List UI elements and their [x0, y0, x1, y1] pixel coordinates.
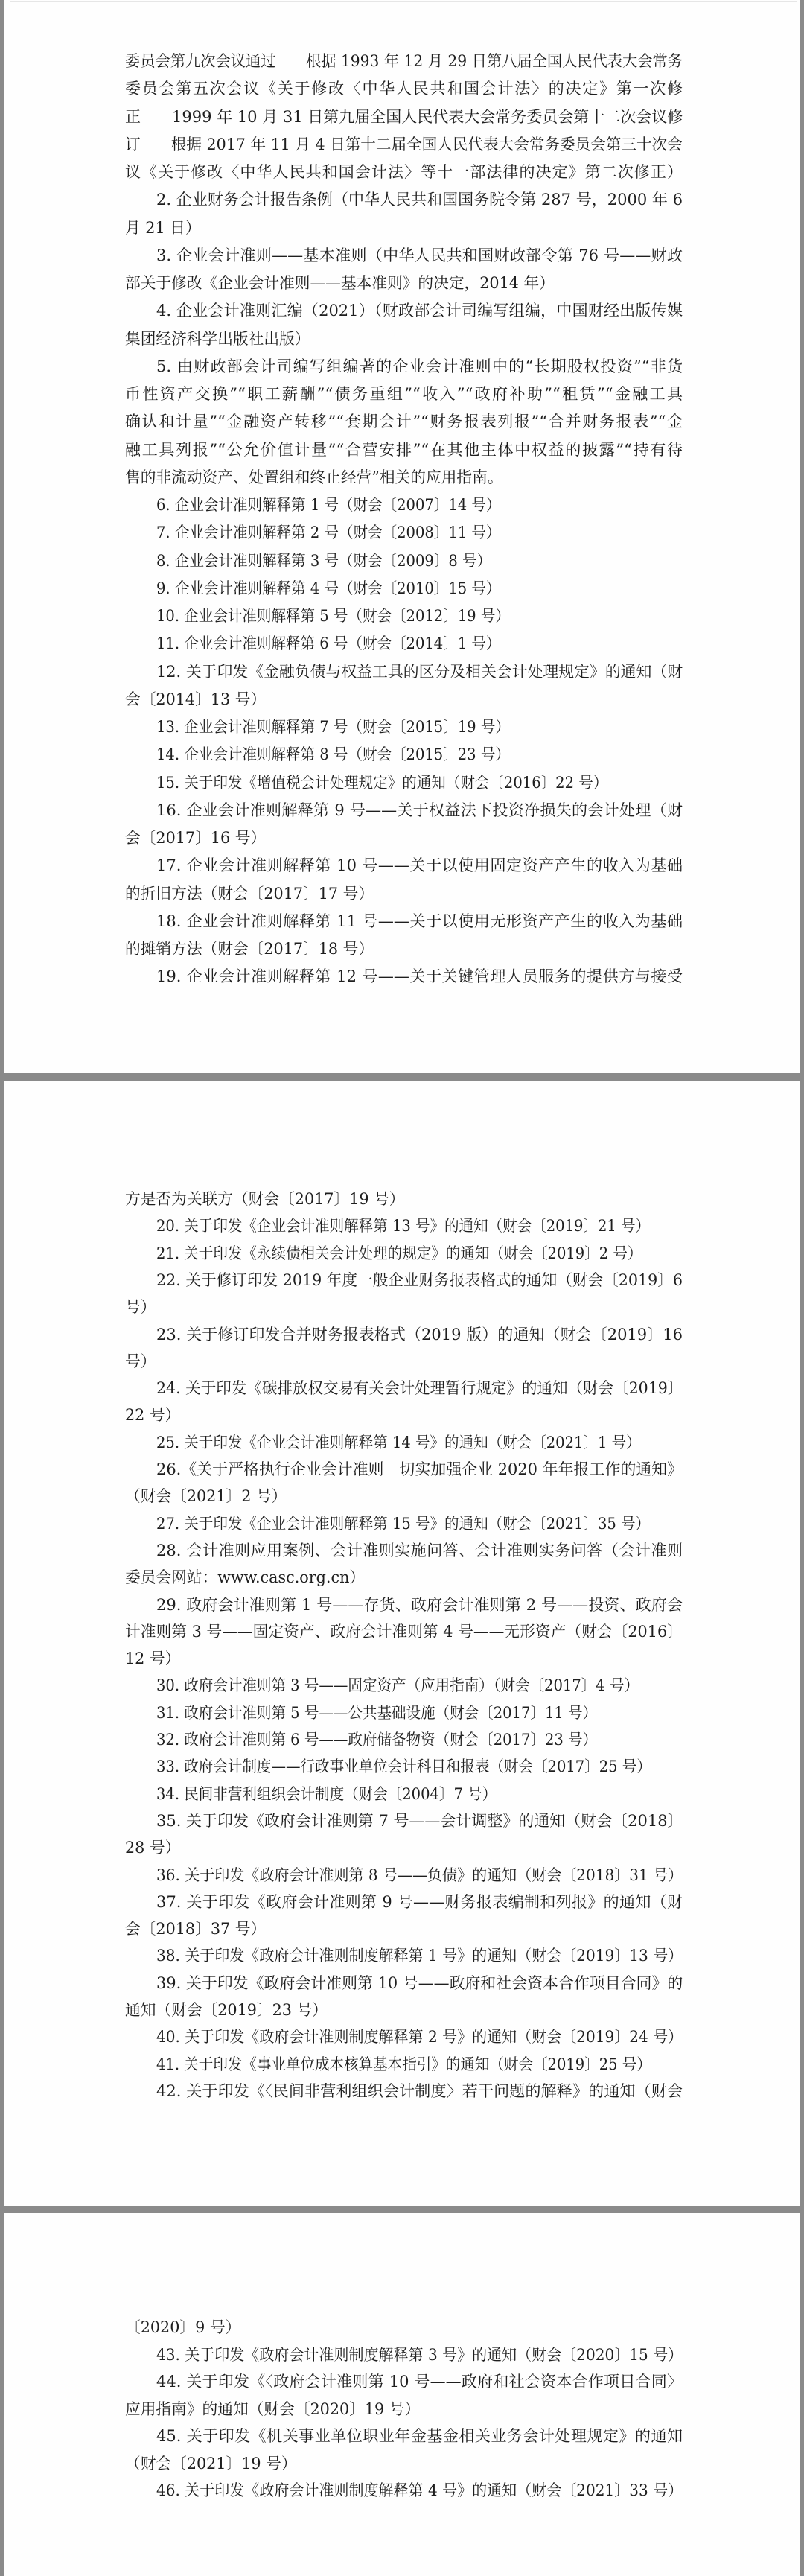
continuation-line: 号） [125, 1350, 683, 1373]
list-item-line: 22. 关于修订印发 2019 年度一般企业财务报表格式的通知（财会〔2019〕… [156, 1269, 683, 1291]
list-item-line: 35. 关于印发《政府会计准则第 7 号——会计调整》的通知（财会〔2018〕 [156, 1810, 683, 1832]
continuation-line: 号） [125, 1296, 683, 1318]
list-item-line: 14. 企业会计准则解释第 8 号（财会〔2015〕23 号） [156, 743, 683, 766]
list-item-line: 33. 政府会计制度——行政事业单位会计科目和报表（财会〔2017〕25 号） [156, 1755, 683, 1778]
continuation-line: （财会〔2021〕2 号） [125, 1485, 683, 1507]
continuation-line: 28 号） [125, 1836, 683, 1859]
list-item-line: 37. 关于印发《政府会计准则第 9 号——财务报表编制和列报》的通知（财 [156, 1891, 683, 1913]
continuation-line: 的摊销方法（财会〔2017〕18 号） [125, 938, 683, 960]
list-item-line: 11. 企业会计准则解释第 6 号（财会〔2014〕1 号） [156, 632, 683, 655]
list-item-line: 10. 企业会计准则解释第 5 号（财会〔2012〕19 号） [156, 605, 683, 627]
list-item-line: 32. 政府会计准则第 6 号——政府储备物资（财会〔2017〕23 号） [156, 1729, 683, 1751]
continuation-line: 委员会第九次会议通过 根据 1993 年 12 月 29 日第八届全国人民代表大… [125, 50, 683, 72]
list-item-line: 17. 企业会计准则解释第 10 号——关于以使用固定资产产生的收入为基础 [156, 854, 683, 877]
list-item-line: 27. 关于印发《企业会计准则解释第 15 号》的通知（财会〔2021〕35 号… [156, 1513, 683, 1535]
continuation-line: 通知（财会〔2019〕23 号） [125, 1999, 683, 2021]
list-item-line: 46. 关于印发《政府会计准则制度解释第 4 号》的通知（财会〔2021〕33 … [156, 2479, 683, 2502]
list-item-line: 24. 关于印发《碳排放权交易有关会计处理暂行规定》的通知（财会〔2019〕 [156, 1377, 683, 1399]
continuation-line: 会〔2014〕13 号） [125, 688, 683, 710]
list-item-line: 41. 关于印发《事业单位成本核算基本指引》的通知（财会〔2019〕25 号） [156, 2053, 683, 2076]
list-item-line: 9. 企业会计准则解释第 4 号（财会〔2010〕15 号） [156, 577, 683, 600]
continuation-line: 月 21 日） [125, 217, 683, 239]
list-item-line: 19. 企业会计准则解释第 12 号——关于关键管理人员服务的提供方与接受 [156, 965, 683, 988]
list-item-line: 39. 关于印发《政府会计准则第 10 号——政府和社会资本合作项目合同》的 [156, 1972, 683, 1994]
list-item-line: 45. 关于印发《机关事业单位职业年金基金相关业务会计处理规定》的通知 [156, 2425, 683, 2447]
list-item-line: 13. 企业会计准则解释第 7 号（财会〔2015〕19 号） [156, 716, 683, 738]
list-item-line: 12. 关于印发《金融负债与权益工具的区分及相关会计处理规定》的通知（财 [156, 661, 683, 683]
list-item-line: 38. 关于印发《政府会计准则制度解释第 1 号》的通知（财会〔2019〕13 … [156, 1944, 683, 1967]
list-item-line: 16. 企业会计准则解释第 9 号——关于权益法下投资净损失的会计处理（财 [156, 799, 683, 821]
continuation-line: 22 号） [125, 1404, 683, 1426]
list-item-line: 25. 关于印发《企业会计准则解释第 14 号》的通知（财会〔2021〕1 号） [156, 1431, 683, 1454]
list-item-line: 34. 民间非营利组织会计制度（财会〔2004〕7 号） [156, 1783, 683, 1805]
continuation-line: 12 号） [125, 1647, 683, 1670]
list-item-line: 23. 关于修订印发合并财务报表格式（2019 版）的通知（财会〔2019〕16 [156, 1323, 683, 1346]
list-item-line: 36. 关于印发《政府会计准则第 8 号——负债》的通知（财会〔2018〕31 … [156, 1864, 683, 1886]
continuation-line: 部关于修改《企业会计准则——基本准则》的决定，2014 年） [125, 272, 683, 294]
continuation-line: 订 根据 2017 年 11 月 4 日第十二届全国人民代表大会常务委员会第三十… [125, 133, 683, 156]
continuation-line: 会〔2018〕37 号） [125, 1918, 683, 1940]
list-item-line: 31. 政府会计准则第 5 号——公共基础设施（财会〔2017〕11 号） [156, 1702, 683, 1724]
list-item-line: 43. 关于印发《政府会计准则制度解释第 3 号》的通知（财会〔2020〕15 … [156, 2344, 683, 2366]
list-item-line: 44. 关于印发《〈政府会计准则第 10 号——政府和社会资本合作项目合同〉 [156, 2370, 683, 2393]
list-item-line: 26.《关于严格执行企业会计准则 切实加强企业 2020 年年报工作的通知》 [156, 1458, 683, 1481]
list-item-line: 8. 企业会计准则解释第 3 号（财会〔2009〕8 号） [156, 550, 683, 572]
list-item-line: 4. 企业会计准则汇编（2021）（财政部会计司编写组编，中国财经出版传媒 [156, 299, 683, 322]
list-item-line: 18. 企业会计准则解释第 11 号——关于以使用无形资产产生的收入为基础 [156, 910, 683, 932]
continuation-line: 〔2020〕9 号） [125, 2316, 683, 2338]
continuation-line: 议《关于修改〈中华人民共和国会计法〉等十一部法律的决定》第二次修正） [125, 161, 683, 183]
list-item-line: 15. 关于印发《增值税会计处理规定》的通知（财会〔2016〕22 号） [156, 772, 683, 794]
list-item-line: 2. 企业财务会计报告条例（中华人民共和国国务院令第 287 号，2000 年 … [156, 188, 683, 211]
continuation-line: 委员会网站：www.casc.org.cn） [125, 1566, 683, 1588]
page-top-edge [10, 1, 797, 2]
list-item-line: 20. 关于印发《企业会计准则解释第 13 号》的通知（财会〔2019〕21 号… [156, 1215, 683, 1237]
list-item-line: 40. 关于印发《政府会计准则制度解释第 2 号》的通知（财会〔2019〕24 … [156, 2026, 683, 2048]
list-item-line: 28. 会计准则应用案例、会计准则实施问答、会计准则实务问答（会计准则 [156, 1539, 683, 1562]
page-1: 委员会第九次会议通过 根据 1993 年 12 月 29 日第八届全国人民代表大… [4, 0, 800, 1073]
continuation-line: （财会〔2021〕19 号） [125, 2452, 683, 2475]
continuation-line: 确认和计量”“金融资产转移”“套期会计”“财务报表列报”“合并财务报表”“金 [125, 410, 683, 433]
continuation-line: 计准则第 3 号——固定资产、政府会计准则第 4 号——无形资产（财会〔2016… [125, 1621, 683, 1643]
continuation-line: 方是否为关联方（财会〔2017〕19 号） [125, 1188, 683, 1210]
continuation-line: 委员会第五次会议《关于修改〈中华人民共和国会计法〉的决定》第一次修 [125, 77, 683, 100]
list-item-line: 21. 关于印发《永续债相关会计处理的规定》的通知（财会〔2019〕2 号） [156, 1242, 683, 1265]
page-3: 〔2020〕9 号）43. 关于印发《政府会计准则制度解释第 3 号》的通知（财… [4, 2213, 800, 2576]
list-item-line: 30. 政府会计准则第 3 号——固定资产（应用指南）（财会〔2017〕4 号） [156, 1674, 683, 1696]
page-2: 方是否为关联方（财会〔2017〕19 号）20. 关于印发《企业会计准则解释第 … [4, 1081, 800, 2206]
continuation-line: 币性资产交换”“职工薪酬”“债务重组”“收入”“政府补助”“租赁”“金融工具 [125, 383, 683, 405]
list-item-line: 6. 企业会计准则解释第 1 号（财会〔2007〕14 号） [156, 494, 683, 516]
list-item-line: 29. 政府会计准则第 1 号——存货、政府会计准则第 2 号——投资、政府会 [156, 1594, 683, 1616]
list-item-line: 7. 企业会计准则解释第 2 号（财会〔2008〕11 号） [156, 521, 683, 544]
list-item-line: 42. 关于印发《〈民间非营利组织会计制度〉若干问题的解释》的通知（财会 [156, 2080, 683, 2102]
list-item-line: 3. 企业会计准则——基本准则（中华人民共和国财政部令第 76 号——财政 [156, 244, 683, 267]
continuation-line: 售的非流动资产、处置组和终止经营”相关的应用指南。 [125, 466, 683, 489]
continuation-line: 的折旧方法（财会〔2017〕17 号） [125, 882, 683, 905]
continuation-line: 会〔2017〕16 号） [125, 827, 683, 849]
continuation-line: 应用指南》的通知（财会〔2020〕19 号） [125, 2398, 683, 2420]
continuation-line: 正 1999 年 10 月 31 日第九届全国人民代表大会常务委员会第十二次会议… [125, 106, 683, 128]
continuation-line: 集团经济科学出版社出版） [125, 328, 683, 350]
list-item-line: 5. 由财政部会计司编写组编著的企业会计准则中的“长期股权投资”“非货 [156, 355, 683, 378]
continuation-line: 融工具列报”“公允价值计量”“合营安排”“在其他主体中权益的披露”“持有待 [125, 439, 683, 461]
